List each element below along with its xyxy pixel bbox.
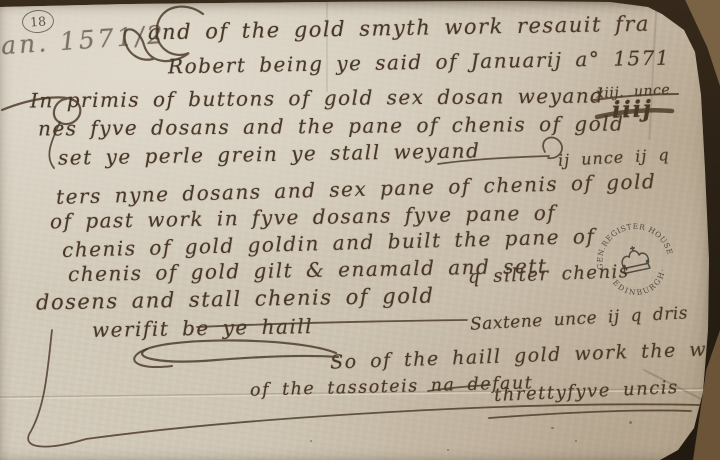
manuscript-line: In primis of buttons of gold sex dosan w…: [30, 83, 605, 112]
fold-crease: [326, 0, 328, 92]
manuscript-line: and of the gold smyth work resauit fra: [148, 12, 650, 45]
svg-text:·GEN.REGISTER HOUSE·: ·GEN.REGISTER HOUSE·: [588, 213, 675, 272]
crown-icon: [619, 244, 650, 274]
margin-weight-note-struck: iiij: [612, 95, 653, 123]
margin-weight-note: ij unce ij q: [558, 145, 671, 170]
ink-speck: [575, 440, 577, 442]
sum-paraph-curl: [134, 349, 172, 367]
manuscript-page: 18 Jan. 1571/2 and of the gold smyth wor…: [0, 0, 720, 460]
manuscript-line: werifit be ye haill: [92, 314, 313, 342]
manuscript-line: dosens and stall chenis of gold: [36, 284, 435, 315]
ink-speck: [551, 427, 554, 429]
manuscript-photo: 18 Jan. 1571/2 and of the gold smyth wor…: [0, 0, 720, 460]
manuscript-line: set ye perle grein ye stall weyand: [58, 138, 481, 169]
ink-speck: [629, 421, 632, 424]
folio-number: 18: [30, 13, 47, 29]
ink-speck: [447, 449, 449, 451]
manuscript-line: of the tassoteis na defaut: [250, 373, 534, 400]
sum-paraph: [142, 340, 338, 361]
manuscript-line: ters nyne dosans and sex pane of chenis …: [56, 169, 657, 209]
stamp-top-text: ·GEN.REGISTER HOUSE·: [588, 213, 675, 272]
manuscript-line: nes fyve dosans and the pane of chenis o…: [38, 111, 625, 140]
manuscript-line: So of the haill gold work the weycht: [330, 336, 720, 373]
manuscript-line: Robert being ye said of Januarij a° 1571: [168, 46, 670, 79]
total-underline: [489, 410, 691, 418]
ink-speck: [310, 440, 312, 442]
archive-stamp: ·GEN.REGISTER HOUSE· ·EDINBURGH·: [588, 213, 683, 308]
margin-weight-note: Saxtene unce ij q dris: [470, 303, 689, 334]
